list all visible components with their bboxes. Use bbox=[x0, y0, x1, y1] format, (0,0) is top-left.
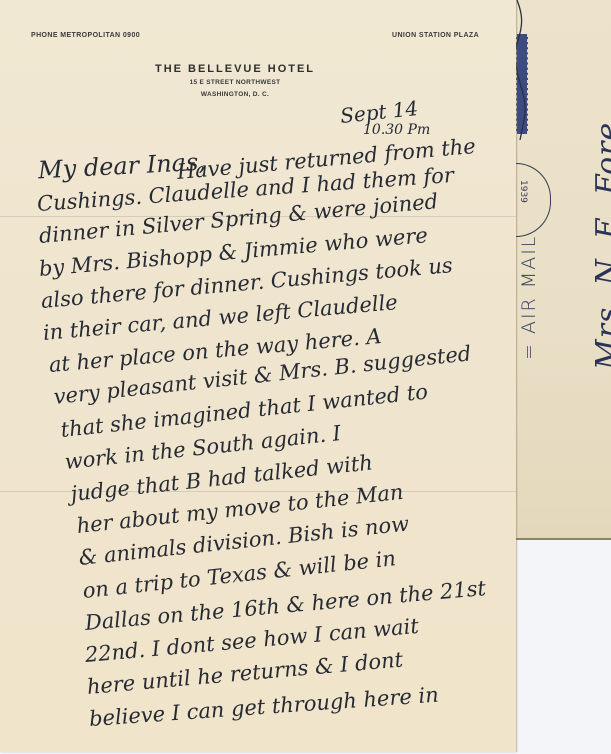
letterhead-street: 15 E Street Northwest bbox=[0, 79, 470, 86]
cancellation-mark-icon bbox=[514, 0, 528, 140]
letterhead-location: Union Station Plaza bbox=[392, 32, 479, 39]
letterhead-phone: Phone Metropolitan 0900 bbox=[31, 32, 140, 39]
scan-background bbox=[516, 540, 611, 754]
letter-time: 10.30 Pm bbox=[363, 122, 430, 138]
letterhead-hotel-name: THE BELLEVUE HOTEL bbox=[0, 63, 470, 75]
envelope-address-name: Mrs. N. E. Fore bbox=[590, 122, 611, 370]
postmark-year: 1939 bbox=[518, 180, 528, 203]
letter-page: Phone Metropolitan 0900 Union Station Pl… bbox=[0, 0, 516, 752]
airmail-label: = AIR MAIL bbox=[518, 235, 540, 360]
